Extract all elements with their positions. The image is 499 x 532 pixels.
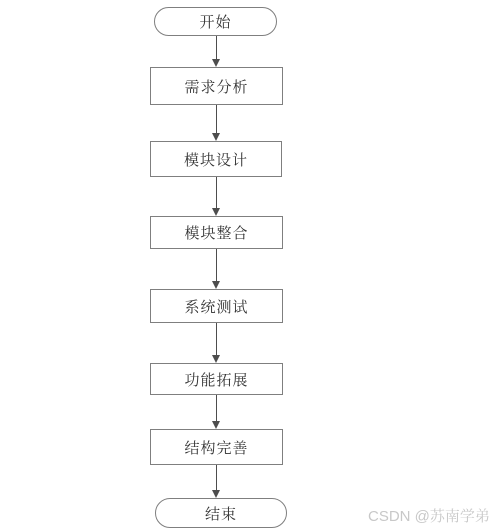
flow-arrow-4: [211, 249, 221, 289]
flow-node-feature-expansion: 功能拓展: [150, 363, 283, 395]
flow-arrow-6: [211, 395, 221, 429]
arrow-line: [216, 395, 217, 421]
flow-arrow-5: [211, 323, 221, 363]
csdn-watermark: CSDN @苏南学弟: [368, 505, 490, 526]
flow-arrow-3: [211, 177, 221, 216]
flow-node-module-design-label: 模块设计: [184, 149, 248, 170]
flow-arrow-1: [211, 36, 221, 67]
arrow-line: [216, 36, 217, 59]
flow-node-requirements-analysis-label: 需求分析: [184, 76, 248, 97]
arrow-head-icon: [212, 59, 220, 67]
flow-node-system-testing-label: 系统测试: [184, 296, 248, 317]
flow-node-requirements-analysis: 需求分析: [150, 67, 283, 105]
flow-node-start: 开始: [154, 7, 277, 36]
flow-node-end: 结束: [155, 498, 287, 528]
flow-arrow-7: [211, 465, 221, 498]
arrow-head-icon: [212, 421, 220, 429]
flow-node-module-integration-label: 模块整合: [184, 222, 248, 243]
arrow-head-icon: [212, 281, 220, 289]
flow-node-start-label: 开始: [199, 11, 231, 32]
arrow-line: [216, 249, 217, 281]
flow-arrow-2: [211, 105, 221, 141]
arrow-head-icon: [212, 133, 220, 141]
arrow-head-icon: [212, 490, 220, 498]
flow-node-system-testing: 系统测试: [150, 289, 283, 323]
flow-node-module-integration: 模块整合: [150, 216, 283, 249]
arrow-line: [216, 465, 217, 490]
arrow-head-icon: [212, 355, 220, 363]
flow-node-structure-refinement: 结构完善: [150, 429, 283, 465]
arrow-head-icon: [212, 208, 220, 216]
flowchart-canvas: 开始 需求分析 模块设计 模块整合 系统测试 功能拓展 结构完善: [0, 0, 499, 532]
flow-node-structure-refinement-label: 结构完善: [184, 437, 248, 458]
flow-node-end-label: 结束: [205, 503, 237, 524]
arrow-line: [216, 105, 217, 133]
flow-node-module-design: 模块设计: [150, 141, 282, 177]
arrow-line: [216, 323, 217, 355]
arrow-line: [216, 177, 217, 208]
flow-node-feature-expansion-label: 功能拓展: [184, 369, 248, 390]
